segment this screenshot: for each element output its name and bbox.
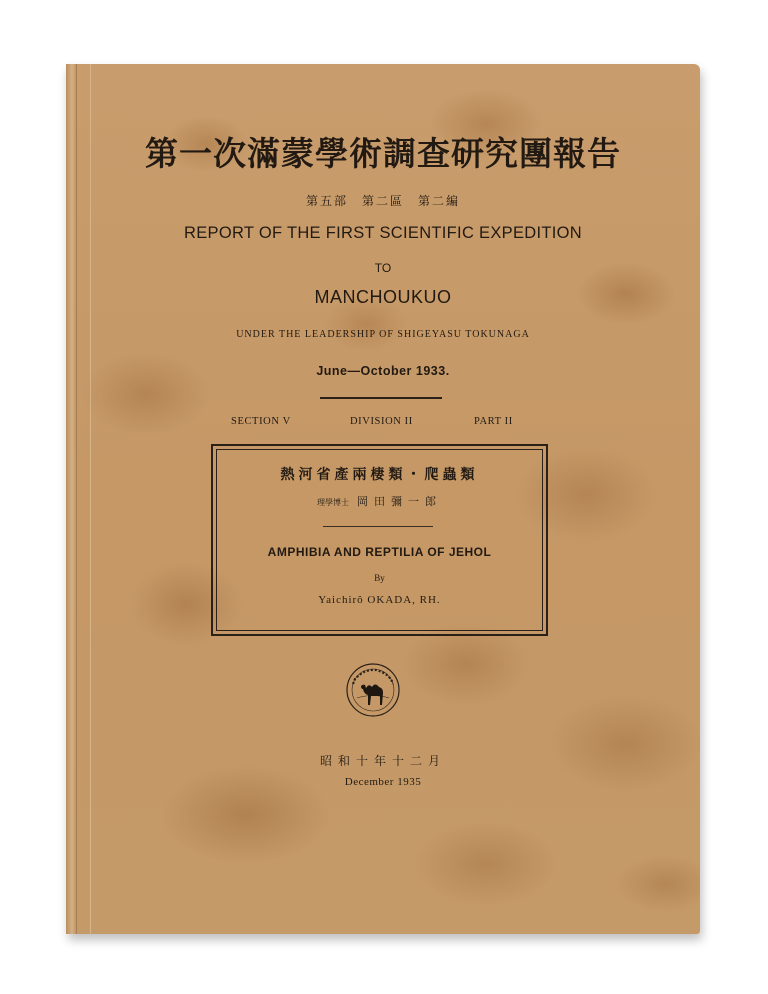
section-label: SECTION V	[231, 416, 291, 427]
author-english: Yaichirô OKADA, RH.	[213, 594, 546, 606]
volume-title-english: AMPHIBIA AND REPTILIA OF JEHOL	[213, 545, 546, 559]
divider-rule	[320, 397, 442, 399]
japanese-series-title: 第一次滿蒙學術調查研究團報告	[66, 128, 700, 175]
english-series-title: REPORT OF THE FIRST SCIENTIFIC EXPEDITIO…	[66, 224, 700, 243]
part-label: PART II	[474, 416, 513, 427]
author-name-japanese: 岡田彌一郎	[357, 495, 442, 508]
box-divider	[323, 526, 433, 527]
destination-title: MANCHOUKUO	[66, 287, 700, 308]
date-english: December 1935	[66, 776, 700, 788]
date-japanese: 昭和十年十二月	[66, 752, 700, 769]
japanese-series-subtitle: 第五部 第二區 第二編	[66, 192, 700, 209]
author-japanese: 理學博士岡田彌一郎	[213, 493, 546, 509]
leadership-line: UNDER THE LEADERSHIP OF SHIGEYASU TOKUNA…	[66, 329, 700, 340]
title-to: TO	[66, 261, 700, 275]
title-box: 熱河省產兩棲類・爬蟲類 理學博士岡田彌一郎 AMPHIBIA AND REPTI…	[211, 444, 548, 636]
by-label: By	[213, 573, 546, 583]
camel-seal-icon	[345, 662, 401, 718]
expedition-dates: June—October 1933.	[66, 364, 700, 378]
author-degree: 理學博士	[317, 498, 349, 507]
division-label: DIVISION II	[350, 416, 413, 427]
volume-title-japanese: 熱河省產兩棲類・爬蟲類	[213, 464, 546, 484]
book-cover: 第一次滿蒙學術調查研究團報告 第五部 第二區 第二編 REPORT OF THE…	[66, 64, 700, 934]
